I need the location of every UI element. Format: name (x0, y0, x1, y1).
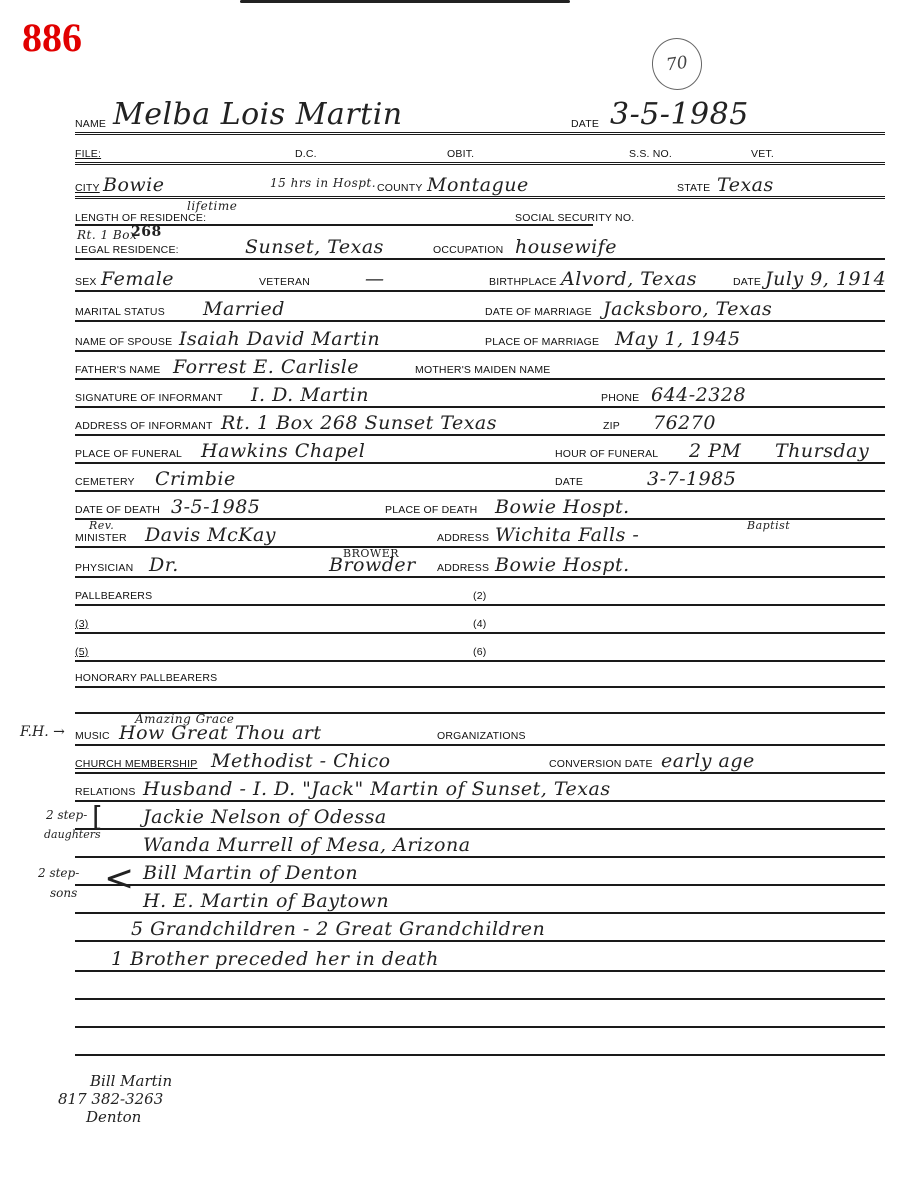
veteran-label: VETERAN (259, 276, 310, 288)
date-of-marriage-label: DATE OF MARRIAGE (485, 306, 592, 318)
county-field[interactable]: Montague (427, 174, 529, 196)
birth-date-field[interactable]: July 9, 1914 (765, 268, 886, 290)
marital-status-field[interactable]: Married (203, 298, 285, 320)
pallbearer-slot-6[interactable]: (6) (473, 646, 486, 658)
date-of-death-field[interactable]: 3-5-1985 (171, 496, 260, 518)
marital-row: MARITAL STATUS Married DATE OF MARRIAGE … (75, 292, 885, 322)
mother-maiden-name-label: MOTHER'S MAIDEN NAME (415, 364, 551, 376)
birthplace-field[interactable]: Alvord, Texas (561, 268, 697, 290)
physician-field[interactable]: Dr. (149, 554, 179, 576)
footer-city: Denton (86, 1108, 172, 1126)
place-of-death-label: PLACE OF DEATH (385, 504, 477, 516)
organizations-label: ORGANIZATIONS (437, 730, 526, 742)
date-label: DATE (571, 118, 599, 130)
place-of-marriage-label: PLACE OF MARRIAGE (485, 336, 599, 348)
relations-line-3[interactable]: Wanda Murrell of Mesa, Arizona (143, 834, 471, 856)
relations-row-7: 1 Brother preceded her in death (75, 942, 885, 972)
pallbearers-row-3: (5) (6) (75, 632, 885, 662)
relations-label: RELATIONS (75, 786, 136, 798)
sons-bracket-icon: < (104, 858, 134, 899)
music-row: MUSIC Amazing Grace How Great Thou art O… (75, 714, 885, 746)
father-field[interactable]: Forrest E. Carlisle (173, 356, 359, 378)
spouse-label: NAME OF SPOUSE (75, 336, 172, 348)
funeral-row: PLACE OF FUNERAL Hawkins Chapel HOUR OF … (75, 434, 885, 464)
informant-row: SIGNATURE OF INFORMANT I. D. Martin PHON… (75, 378, 885, 408)
cemetery-field[interactable]: Crimbie (155, 468, 236, 490)
city-row: CITY Bowie 15 hrs in Hospt. COUNTY Monta… (75, 168, 885, 199)
physician-name-field[interactable]: Browder (329, 554, 416, 576)
birthplace-label: BIRTHPLACE (489, 276, 557, 288)
pallbearer-slot-2[interactable]: (2) (473, 590, 486, 602)
hour-of-funeral-label: HOUR OF FUNERAL (555, 448, 658, 460)
place-of-death-field[interactable]: Bowie Hospt. (495, 496, 630, 518)
place-of-marriage-field[interactable]: May 1, 1945 (615, 328, 741, 350)
pallbearer-slot-5[interactable]: (5) (75, 646, 88, 658)
informant-field[interactable]: I. D. Martin (251, 384, 369, 406)
honorary-blank-row[interactable] (75, 686, 885, 714)
informant-address-field[interactable]: Rt. 1 Box 268 Sunset Texas (221, 412, 497, 434)
file-row: FILE: D.C. OBIT. S.S. NO. VET. (75, 138, 885, 165)
state-field[interactable]: Texas (717, 174, 774, 196)
relations-line-5[interactable]: H. E. Martin of Baytown (143, 890, 389, 912)
length-of-residence-field[interactable]: lifetime (187, 199, 237, 213)
zip-label: ZIP (603, 420, 620, 432)
city-field[interactable]: Bowie (103, 174, 165, 196)
footer-contact-note: Bill Martin 817 382-3263 Denton (86, 1072, 172, 1126)
pallbearers-row-2: (3) (4) (75, 604, 885, 634)
church-membership-field[interactable]: Methodist - Chico (211, 750, 391, 772)
conversion-date-label: CONVERSION DATE (549, 758, 653, 770)
legal-residence-label: LEGAL RESIDENCE: (75, 244, 179, 256)
footer-phone: 817 382-3263 (58, 1090, 172, 1108)
funeral-day-field[interactable]: Thursday (775, 440, 869, 462)
blank-line-3[interactable] (75, 1028, 885, 1056)
pallbearers-label: PALLBEARERS (75, 590, 152, 602)
route-note: Rt. 1 Box (77, 228, 137, 242)
veteran-field[interactable]: — (365, 268, 385, 290)
pallbearers-row-1: PALLBEARERS (2) (75, 576, 885, 606)
phone-field[interactable]: 644-2328 (651, 384, 746, 406)
relations-row: RELATIONS Husband - I. D. "Jack" Martin … (75, 772, 885, 802)
music-margin-note: F.H. → (20, 724, 65, 740)
daughters-margin-note-1: 2 step- (46, 808, 87, 822)
hour-of-funeral-field[interactable]: 2 PM (689, 440, 741, 462)
relations-line-6[interactable]: 5 Grandchildren - 2 Great Grandchildren (131, 918, 545, 940)
blank-line-1[interactable] (75, 972, 885, 1000)
cemetery-row: CEMETERY Crimbie DATE 3-7-1985 (75, 462, 885, 492)
conversion-date-field[interactable]: early age (661, 750, 755, 772)
date-of-marriage-field[interactable]: Jacksboro, Texas (603, 298, 772, 320)
place-of-funeral-label: PLACE OF FUNERAL (75, 448, 182, 460)
residence-row: LENGTH OF RESIDENCE: lifetime SOCIAL SEC… (75, 200, 885, 226)
burial-date-label: DATE (555, 476, 583, 488)
relations-row-3: Wanda Murrell of Mesa, Arizona (75, 828, 885, 858)
church-membership-label: CHURCH MEMBERSHIP (75, 758, 197, 770)
city-note: 15 hrs in Hospt. (270, 176, 376, 190)
physician-address-field[interactable]: Bowie Hospt. (495, 554, 630, 576)
spouse-row: NAME OF SPOUSE Isaiah David Martin PLACE… (75, 322, 885, 352)
relations-row-5: H. E. Martin of Baytown (75, 884, 885, 914)
vet-label: VET. (751, 148, 774, 160)
ssno-label: S.S. NO. (629, 148, 672, 160)
minister-address-label: ADDRESS (437, 532, 489, 544)
footer-name: Bill Martin (86, 1072, 172, 1090)
minister-denomination-note: Baptist (747, 519, 790, 532)
relations-line-1[interactable]: Husband - I. D. "Jack" Martin of Sunset,… (143, 778, 611, 800)
physician-row: PHYSICIAN Dr. BROWER Browder ADDRESS Bow… (75, 548, 885, 578)
minister-label: MINISTER (75, 532, 127, 544)
state-label: STATE (677, 182, 710, 194)
legal-residence-field[interactable]: Sunset, Texas (245, 236, 384, 258)
name-field[interactable]: Melba Lois Martin (113, 97, 403, 132)
relations-line-4[interactable]: Bill Martin of Denton (143, 862, 358, 884)
music-line-2[interactable]: How Great Thou art (119, 722, 322, 744)
sons-margin-note-1: 2 step- (38, 866, 79, 880)
dc-label: D.C. (295, 148, 317, 160)
legal-residence-row: Rt. 1 Box 268 LEGAL RESIDENCE: Sunset, T… (75, 230, 885, 260)
informant-address-row: ADDRESS OF INFORMANT Rt. 1 Box 268 Sunse… (75, 406, 885, 436)
minister-field[interactable]: Davis McKay (145, 524, 276, 546)
minister-row: Rev. MINISTER Davis McKay ADDRESS Wichit… (75, 518, 885, 548)
blank-line-2[interactable] (75, 1000, 885, 1028)
relations-row-4: Bill Martin of Denton (75, 856, 885, 886)
honorary-row: HONORARY PALLBEARERS (75, 660, 885, 688)
father-label: FATHER'S NAME (75, 364, 161, 376)
sex-row: SEX Female VETERAN — BIRTHPLACE Alvord, … (75, 262, 885, 292)
obit-label: OBIT. (447, 148, 474, 160)
minister-prefix: Rev. (89, 519, 114, 532)
county-label: COUNTY (377, 182, 423, 194)
occupation-label: OCCUPATION (433, 244, 503, 256)
place-of-funeral-field[interactable]: Hawkins Chapel (201, 440, 365, 462)
social-security-label: SOCIAL SECURITY NO. (515, 212, 634, 224)
scan-edge (240, 0, 570, 3)
sons-margin-note-2: sons (50, 886, 77, 900)
relations-row-6: 5 Grandchildren - 2 Great Grandchildren (75, 912, 885, 942)
relations-line-2[interactable]: Jackie Nelson of Odessa (143, 806, 387, 828)
daughters-bracket-icon: [ (92, 800, 103, 833)
marital-status-label: MARITAL STATUS (75, 306, 165, 318)
zip-field[interactable]: 76270 (653, 412, 716, 434)
church-row: CHURCH MEMBERSHIP Methodist - Chico CONV… (75, 744, 885, 774)
circled-note: 70 (649, 35, 706, 93)
relations-row-2: Jackie Nelson of Odessa (75, 800, 885, 830)
box-number: 268 (131, 224, 162, 240)
minister-address-field[interactable]: Wichita Falls - (495, 524, 639, 546)
date-of-death-label: DATE OF DEATH (75, 504, 160, 516)
record-number: 886 (22, 14, 82, 61)
burial-date-field[interactable]: 3-7-1985 (647, 468, 736, 490)
pallbearer-slot-3[interactable]: (3) (75, 618, 88, 630)
death-row: DATE OF DEATH 3-5-1985 PLACE OF DEATH Bo… (75, 490, 885, 520)
music-label: MUSIC (75, 730, 110, 742)
birth-date-label: DATE (733, 276, 761, 288)
cemetery-label: CEMETERY (75, 476, 135, 488)
city-label: CITY (75, 182, 100, 194)
physician-label: PHYSICIAN (75, 562, 133, 574)
date-field[interactable]: 3-5-1985 (610, 97, 749, 132)
honorary-pallbearers-label: HONORARY PALLBEARERS (75, 672, 217, 684)
father-row: FATHER'S NAME Forrest E. Carlisle MOTHER… (75, 350, 885, 380)
occupation-field[interactable]: housewife (515, 236, 617, 258)
physician-address-label: ADDRESS (437, 562, 489, 574)
informant-label: SIGNATURE OF INFORMANT (75, 392, 223, 404)
informant-address-label: ADDRESS OF INFORMANT (75, 420, 213, 432)
spouse-field[interactable]: Isaiah David Martin (179, 328, 380, 350)
length-of-residence-label: LENGTH OF RESIDENCE: (75, 212, 206, 224)
file-label: FILE: (75, 148, 101, 160)
sex-label: SEX (75, 276, 97, 288)
name-row: NAME Melba Lois Martin DATE 3-5-1985 (75, 102, 885, 135)
name-label: NAME (75, 118, 106, 130)
relations-line-7[interactable]: 1 Brother preceded her in death (111, 948, 439, 970)
pallbearer-slot-4[interactable]: (4) (473, 618, 486, 630)
phone-label: PHONE (601, 392, 639, 404)
sex-field[interactable]: Female (101, 268, 174, 290)
